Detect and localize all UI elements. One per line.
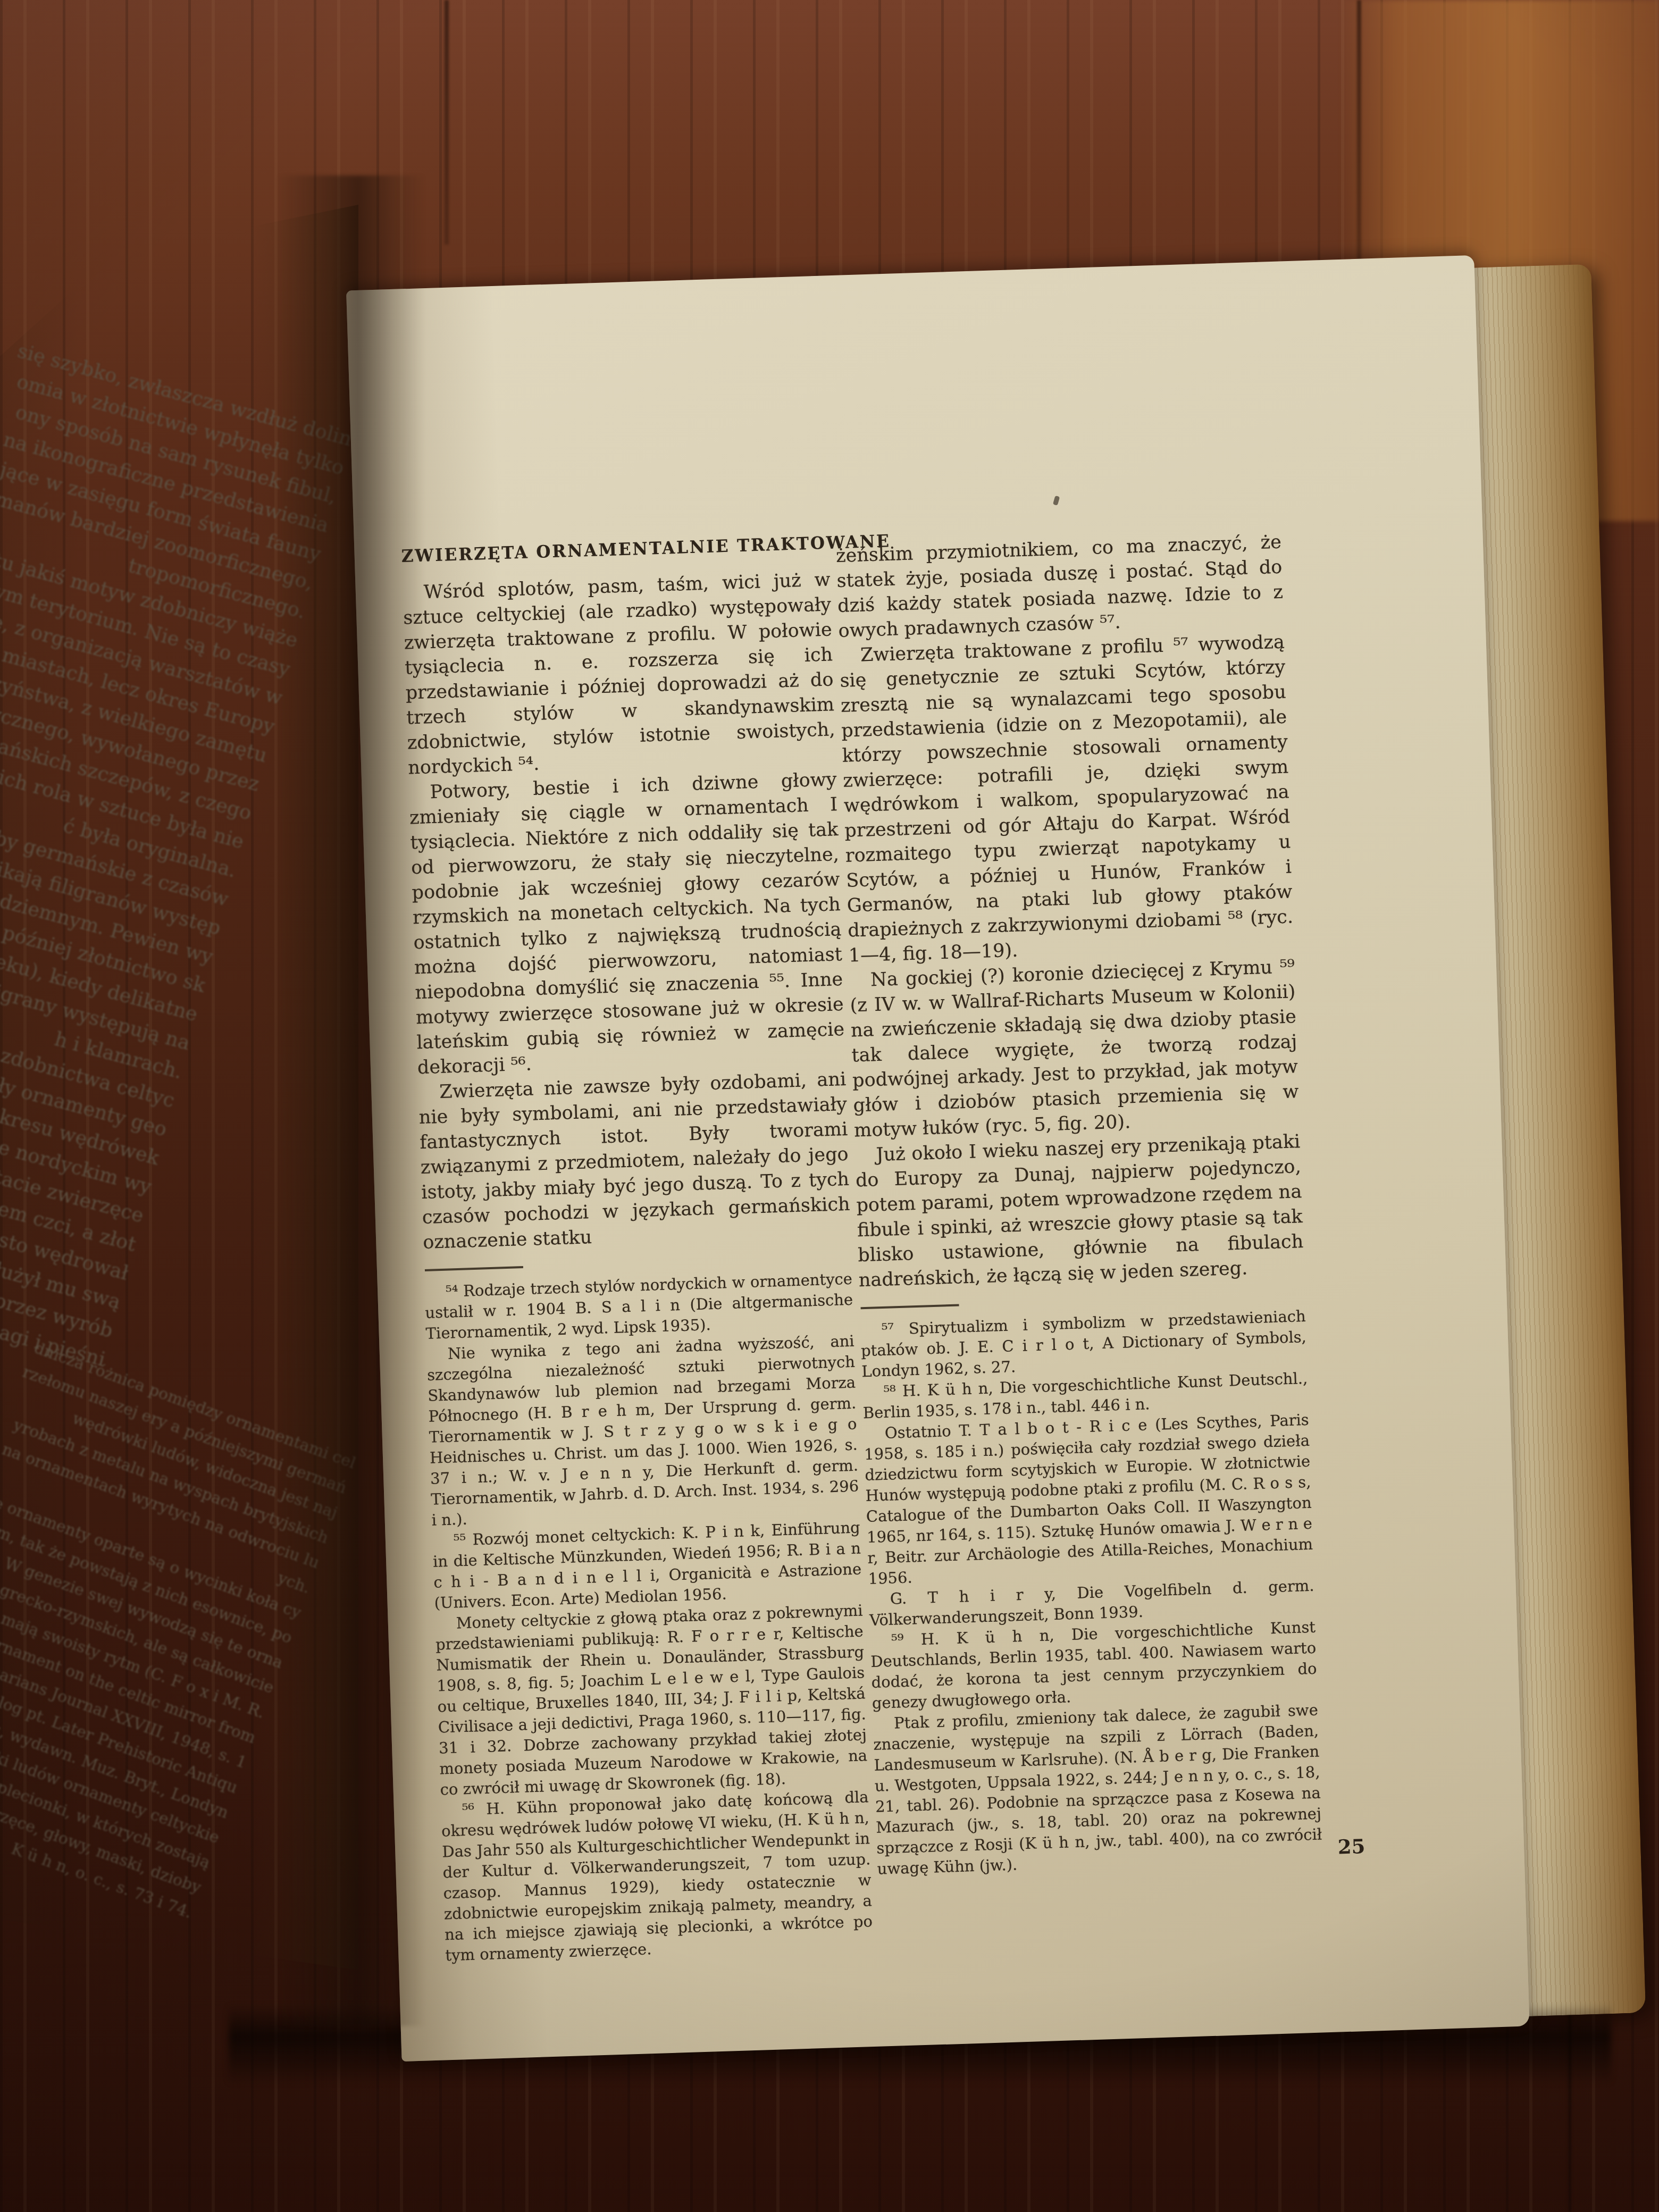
footnote: Nie wynika z tego ani żadna wyższość, an… [426, 1331, 860, 1531]
column-1-body: Wśród splotów, pasm, taśm, wici już w sz… [402, 567, 851, 1255]
footnote-rule [861, 1304, 959, 1309]
paragraph: Zwierzęta nie zawsze były ozdobami, ani … [418, 1067, 851, 1255]
column-2-body: żeńskim przymiotnikiem, co ma znaczyć, ż… [835, 530, 1304, 1294]
footnote: ⁵⁹ H. K ü h n, Die vorgeschichtliche Kun… [870, 1617, 1318, 1714]
wood-plank-seam [1357, 0, 1361, 298]
wood-plank-seam [445, 0, 449, 245]
paragraph: Wśród splotów, pasm, taśm, wici już w sz… [402, 567, 836, 781]
column-2: żeńskim przymiotnikiem, co ma znaczyć, ż… [835, 530, 1323, 1880]
book-photo-scene: się szybko, zwłaszcza wzdłuż dolinomia w… [0, 0, 1659, 2212]
paragraph: Potwory, bestie i ich dziwne głowy zmien… [408, 767, 845, 1080]
paragraph: Już około I wieku naszej ery przenikają … [854, 1129, 1304, 1293]
paragraph: Na gockiej (?) koronie dziecięcej z Krym… [849, 954, 1300, 1143]
footnote-rule [425, 1266, 523, 1271]
footnote: ⁵⁶ H. Kühn proponował jako datę końcową … [440, 1787, 873, 1966]
footnote: Monety celtyckie z głową ptaka oraz z po… [434, 1600, 868, 1800]
footnote: Ostatnio T. T a l b o t - R i c e (Les S… [863, 1410, 1313, 1589]
footnote: ⁵⁵ Rozwój monet celtyckich: K. P i n k, … [432, 1517, 862, 1613]
column-1: ZWIERZĘTA ORNAMENTALNIE TRAKTOWANE Wśród… [401, 533, 873, 1966]
paragraph: żeńskim przymiotnikiem, co ma znaczyć, ż… [835, 530, 1284, 644]
footnote: Ptak z profilu, zmieniony tak dalece, że… [873, 1700, 1323, 1880]
column-1-footnotes: ⁵⁴ Rodzaje trzech stylów nordyckich w or… [424, 1269, 874, 1966]
page-number: 25 [1337, 1834, 1365, 1859]
page-gutter-shadow [276, 175, 425, 2026]
right-page: ZWIERZĘTA ORNAMENTALNIE TRAKTOWANE Wśród… [346, 255, 1530, 2062]
column-2-footnotes: ⁵⁷ Spirytualizm i symbolizm w przedstawi… [860, 1306, 1323, 1880]
paragraph: Zwierzęta traktowane z profilu ⁵⁷ wywodz… [839, 630, 1294, 969]
